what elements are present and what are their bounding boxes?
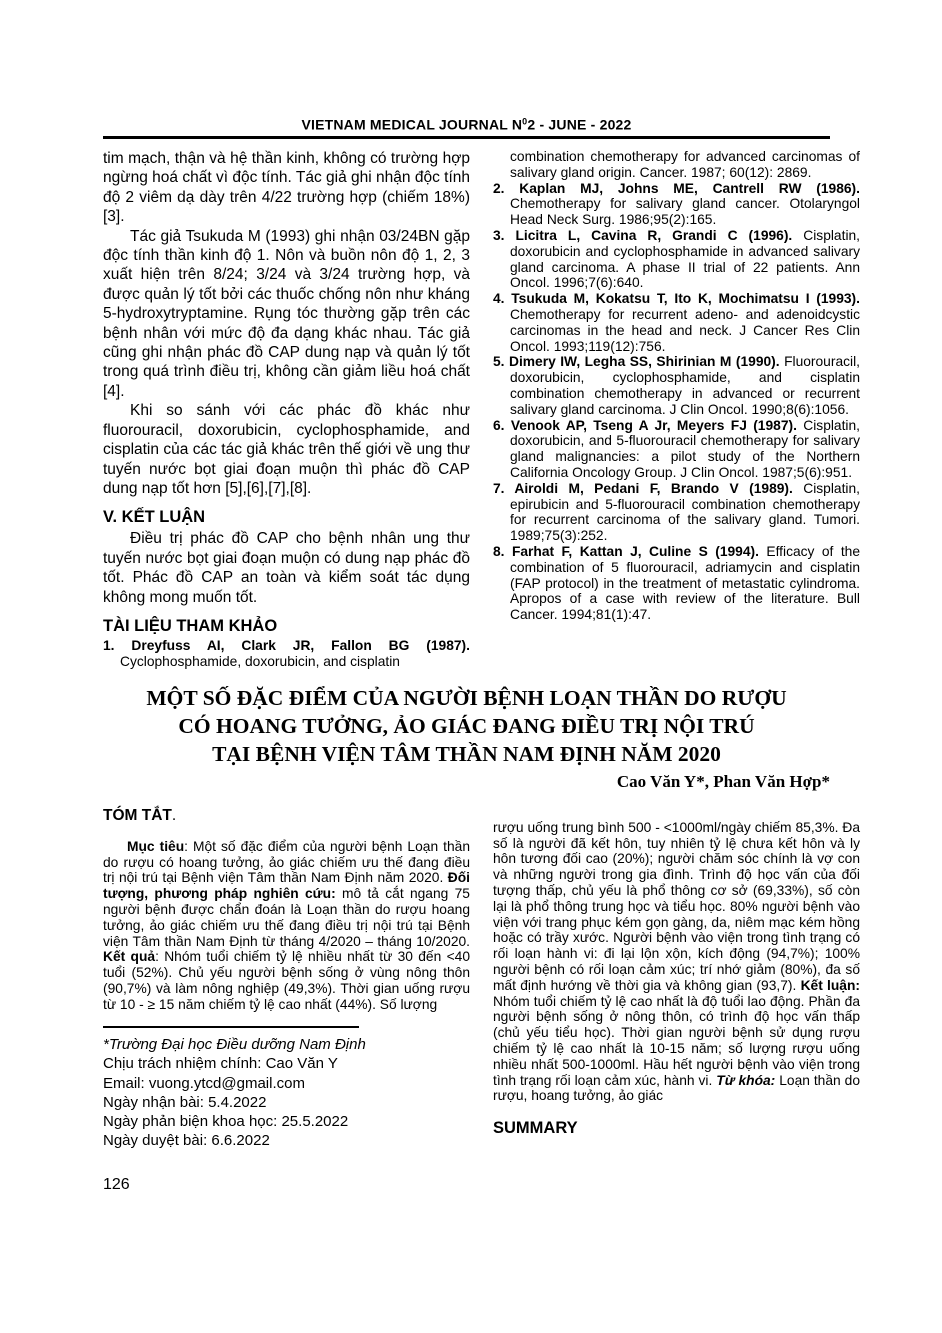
conclusion-heading: V. KẾT LUẬN — [103, 507, 470, 527]
footnote-block: *Trường Đại học Điều dưỡng Nam Định Chịu… — [103, 1026, 470, 1151]
reference-item: 1. Dreyfuss AI, Clark JR, Fallon BG (198… — [103, 638, 470, 670]
footnote-email: Email: vuong.ytcd@gmail.com — [103, 1074, 470, 1093]
footnote-rule — [103, 1026, 359, 1028]
conclusion-paragraph: Điều trị phác đồ CAP cho bệnh nhân ung t… — [103, 529, 470, 607]
article-title: MỘT SỐ ĐẶC ĐIỂM CỦA NGƯỜI BỆNH LOẠN THẦN… — [103, 684, 830, 768]
article-title-line: MỘT SỐ ĐẶC ĐIỂM CỦA NGƯỜI BỆNH LOẠN THẦN… — [103, 684, 830, 712]
reference-item: 7. Airoldi M, Pedani F, Brando V (1989).… — [493, 481, 860, 544]
article-title-line: TẠI BỆNH VIỆN TÂM THẦN NAM ĐỊNH NĂM 2020 — [103, 740, 830, 768]
abstract-heading: TÓM TẮT. — [103, 806, 470, 825]
reference-item: 4. Tsukuda M, Kokatsu T, Ito K, Mochimat… — [493, 291, 860, 354]
article-title-line: CÓ HOANG TƯỞNG, ẢO GIÁC ĐANG ĐIỀU TRỊ NỘ… — [103, 712, 830, 740]
reference-continuation: combination chemotherapy for advanced ca… — [493, 149, 860, 181]
reference-item: 3. Licitra L, Cavina R, Grandi C (1996).… — [493, 228, 860, 291]
abstract-paragraph-continuation: rượu uống trung bình 500 - <1000ml/ngày … — [493, 820, 860, 1104]
reference-item: 6. Venook AP, Tseng A Jr, Meyers FJ (198… — [493, 418, 860, 481]
body-paragraph: Khi so sánh với các phác đồ khác như flu… — [103, 401, 470, 498]
reference-item: 5. Dimery IW, Legha SS, Shirinian M (199… — [493, 354, 860, 417]
footnote-affiliation: *Trường Đại học Điều dưỡng Nam Định — [103, 1035, 470, 1054]
journal-running-head: VIETNAM MEDICAL JOURNAL N02 - JUNE - 202… — [103, 116, 830, 139]
article1-right-column: combination chemotherapy for advanced ca… — [493, 149, 860, 670]
body-paragraph: tim mạch, thận và hệ thần kinh, không có… — [103, 149, 470, 227]
reference-item: 8. Farhat F, Kattan J, Culine S (1994). … — [493, 544, 860, 623]
article1-left-column: tim mạch, thận và hệ thần kinh, không có… — [103, 149, 470, 670]
page-number: 126 — [103, 1176, 130, 1194]
footnote-responsible: Chịu trách nhiệm chính: Cao Văn Y — [103, 1054, 470, 1073]
article1-columns: tim mạch, thận và hệ thần kinh, không có… — [103, 149, 860, 670]
references-heading: TÀI LIỆU THAM KHẢO — [103, 616, 470, 636]
article-authors: Cao Văn Y*, Phan Văn Hợp* — [103, 772, 830, 792]
article2-right-column: rượu uống trung bình 500 - <1000ml/ngày … — [493, 806, 860, 1140]
reference-item: 2. Kaplan MJ, Johns ME, Cantrell RW (198… — [493, 181, 860, 228]
footnote-accepted-date: Ngày duyệt bài: 6.6.2022 — [103, 1131, 470, 1150]
body-paragraph: Tác giả Tsukuda M (1993) ghi nhận 03/24B… — [103, 227, 470, 402]
abstract-paragraph: Mục tiêu: Một số đặc điểm của người bệnh… — [103, 839, 470, 1013]
footnote-received-date: Ngày nhận bài: 5.4.2022 — [103, 1093, 470, 1112]
journal-page: VIETNAM MEDICAL JOURNAL N02 - JUNE - 202… — [0, 0, 942, 1333]
summary-heading: SUMMARY — [493, 1118, 860, 1138]
footnote-review-date: Ngày phản biện khoa học: 25.5.2022 — [103, 1112, 470, 1131]
